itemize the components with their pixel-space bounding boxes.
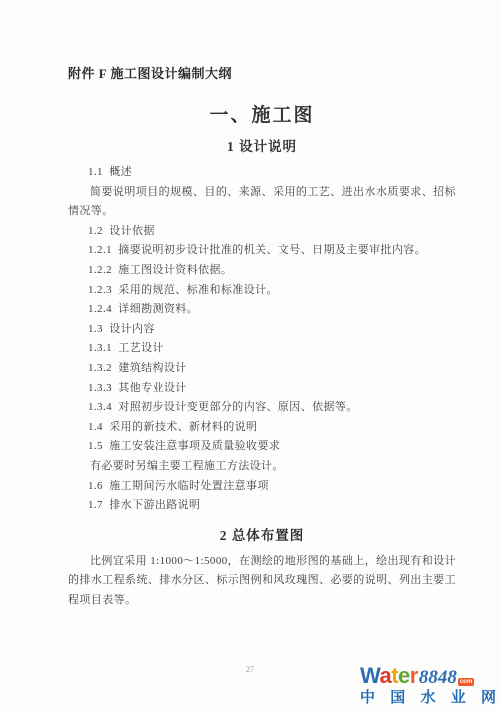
document-line: 1.4 采用的新技术、新材料的说明: [68, 418, 456, 438]
logo-letter: r: [410, 663, 418, 688]
document-line: 有必要时另编主要工程施工方法设计。: [68, 457, 456, 477]
document-line: 1.2 设计依据: [68, 222, 456, 242]
logo-tagline-char: 国: [390, 690, 405, 705]
document-line: 1.2.2 施工图设计资料依据。: [68, 261, 456, 281]
logo-letter: t: [391, 663, 398, 688]
document-line: 简要说明项目的规模、目的、来源、采用的工艺、进出水水质要求、招标情况等。: [68, 183, 456, 222]
document-line: 1.3.2 建筑结构设计: [68, 359, 456, 379]
logo-tagline-char: 中: [360, 690, 375, 705]
main-title: 一、施工图: [68, 100, 456, 127]
document-body: 1 设计说明1.1 概述简要说明项目的规模、目的、来源、采用的工艺、进出水水质要…: [68, 138, 456, 610]
document-line: 1.2.1 摘要说明初步设计批准的机关、文号、日期及主要审批内容。: [68, 241, 456, 261]
logo-tld-badge: com: [458, 678, 474, 686]
document-line: 1.2.3 采用的规范、标准和标准设计。: [68, 281, 456, 301]
logo-tagline-char: 业: [451, 690, 466, 705]
logo-brand-number: 8848: [419, 668, 457, 687]
logo-tagline: 中国水业网: [360, 690, 496, 705]
document-line: 1.3 设计内容: [68, 320, 456, 340]
document-line: 1.3.3 其他专业设计: [68, 379, 456, 399]
document-line: 1.5 施工安装注意事项及质量验收要求: [68, 437, 456, 457]
section-heading: 2 总体布置图: [68, 527, 456, 545]
logo-letter: W: [360, 663, 379, 688]
logo-letter: e: [398, 663, 410, 688]
logo-tagline-char: 水: [420, 690, 435, 705]
document-line: 1.7 排水下游出路说明: [68, 496, 456, 516]
document-line: 1.1 概述: [68, 163, 456, 183]
logo-wordmark: Water8848com: [360, 665, 496, 687]
water8848-logo: Water8848com 中国水业网: [360, 665, 496, 705]
document-line: 1.3.1 工艺设计: [68, 339, 456, 359]
section-heading: 1 设计说明: [68, 138, 456, 156]
document-content: 附件 F 施工图设计编制大纲 一、施工图 1 设计说明1.1 概述简要说明项目的…: [68, 63, 456, 610]
document-line: 比例宜采用 1:1000～1:5000，在测绘的地形图的基础上，绘出现有和设计的…: [68, 552, 456, 611]
logo-brand-word: Water: [360, 665, 418, 687]
document-line: 1.2.4 详细勘测资料。: [68, 300, 456, 320]
attachment-heading: 附件 F 施工图设计编制大纲: [68, 63, 456, 82]
document-line: 1.3.4 对照初步设计变更部分的内容、原因、依据等。: [68, 398, 456, 418]
document-page: 附件 F 施工图设计编制大纲 一、施工图 1 设计说明1.1 概述简要说明项目的…: [0, 0, 500, 708]
document-line: 1.6 施工期间污水临时处置注意事项: [68, 477, 456, 497]
logo-letter: a: [379, 663, 391, 688]
logo-tagline-char: 网: [481, 690, 496, 705]
